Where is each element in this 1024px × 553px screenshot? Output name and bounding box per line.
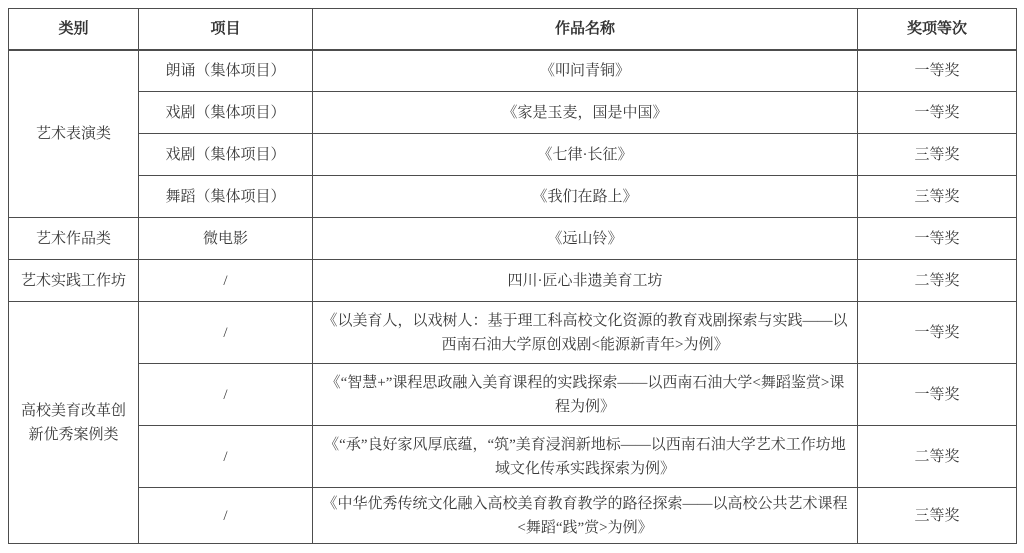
work-cell: 《家是玉麦，国是中国》 <box>313 92 858 134</box>
work-cell: 《叩问青铜》 <box>313 50 858 92</box>
category-cell-workshop: 艺术实践工作坊 <box>9 260 139 302</box>
project-cell: / <box>139 364 313 426</box>
header-row: 类别 项目 作品名称 奖项等次 <box>9 9 1017 50</box>
header-category: 类别 <box>9 9 139 50</box>
table-row: 高校美育改革创新优秀案例类 / 《以美育人，以戏树人：基于理工科高校文化资源的教… <box>9 302 1017 364</box>
award-cell: 二等奖 <box>858 260 1017 302</box>
work-cell: 《“智慧+”课程思政融入美育课程的实践探索——以西南石油大学<舞蹈鉴赏>课程为例… <box>313 364 858 426</box>
project-cell: 微电影 <box>139 218 313 260</box>
project-cell: 戏剧（集体项目） <box>139 92 313 134</box>
award-cell: 三等奖 <box>858 134 1017 176</box>
document-page: 类别 项目 作品名称 奖项等次 艺术表演类 朗诵（集体项目） 《叩问青铜》 一等… <box>0 0 1024 553</box>
table-row: 戏剧（集体项目） 《家是玉麦，国是中国》 一等奖 <box>9 92 1017 134</box>
award-cell: 二等奖 <box>858 426 1017 488</box>
project-cell: 舞蹈（集体项目） <box>139 176 313 218</box>
table-row: 舞蹈（集体项目） 《我们在路上》 三等奖 <box>9 176 1017 218</box>
awards-table: 类别 项目 作品名称 奖项等次 艺术表演类 朗诵（集体项目） 《叩问青铜》 一等… <box>8 8 1017 544</box>
project-cell: / <box>139 260 313 302</box>
award-cell: 一等奖 <box>858 218 1017 260</box>
project-cell: / <box>139 426 313 488</box>
table-row: 艺术实践工作坊 / 四川·匠心非遗美育工坊 二等奖 <box>9 260 1017 302</box>
category-cell-artwork: 艺术作品类 <box>9 218 139 260</box>
category-cell-performance: 艺术表演类 <box>9 50 139 218</box>
award-cell: 一等奖 <box>858 50 1017 92</box>
table-row: / 《中华优秀传统文化融入高校美育教育教学的路径探索——以高校公共艺术课程<舞蹈… <box>9 488 1017 544</box>
award-cell: 三等奖 <box>858 488 1017 544</box>
table-row: 艺术作品类 微电影 《远山铃》 一等奖 <box>9 218 1017 260</box>
table-row: / 《“智慧+”课程思政融入美育课程的实践探索——以西南石油大学<舞蹈鉴赏>课程… <box>9 364 1017 426</box>
table-row: / 《“承”良好家风厚底蕴，“筑”美育浸润新地标——以西南石油大学艺术工作坊地域… <box>9 426 1017 488</box>
award-cell: 三等奖 <box>858 176 1017 218</box>
table-row: 艺术表演类 朗诵（集体项目） 《叩问青铜》 一等奖 <box>9 50 1017 92</box>
project-cell: / <box>139 302 313 364</box>
award-cell: 一等奖 <box>858 92 1017 134</box>
project-cell: 朗诵（集体项目） <box>139 50 313 92</box>
work-cell: 《我们在路上》 <box>313 176 858 218</box>
project-cell: 戏剧（集体项目） <box>139 134 313 176</box>
award-cell: 一等奖 <box>858 302 1017 364</box>
project-cell: / <box>139 488 313 544</box>
header-project: 项目 <box>139 9 313 50</box>
header-work-title: 作品名称 <box>313 9 858 50</box>
header-award-level: 奖项等次 <box>858 9 1017 50</box>
work-cell: 《“承”良好家风厚底蕴，“筑”美育浸润新地标——以西南石油大学艺术工作坊地域文化… <box>313 426 858 488</box>
table-row: 戏剧（集体项目） 《七律·长征》 三等奖 <box>9 134 1017 176</box>
award-cell: 一等奖 <box>858 364 1017 426</box>
work-cell: 四川·匠心非遗美育工坊 <box>313 260 858 302</box>
work-cell: 《七律·长征》 <box>313 134 858 176</box>
category-cell-case-study: 高校美育改革创新优秀案例类 <box>9 302 139 544</box>
work-cell: 《以美育人，以戏树人：基于理工科高校文化资源的教育戏剧探索与实践——以西南石油大… <box>313 302 858 364</box>
work-cell: 《远山铃》 <box>313 218 858 260</box>
work-cell: 《中华优秀传统文化融入高校美育教育教学的路径探索——以高校公共艺术课程<舞蹈“践… <box>313 488 858 544</box>
